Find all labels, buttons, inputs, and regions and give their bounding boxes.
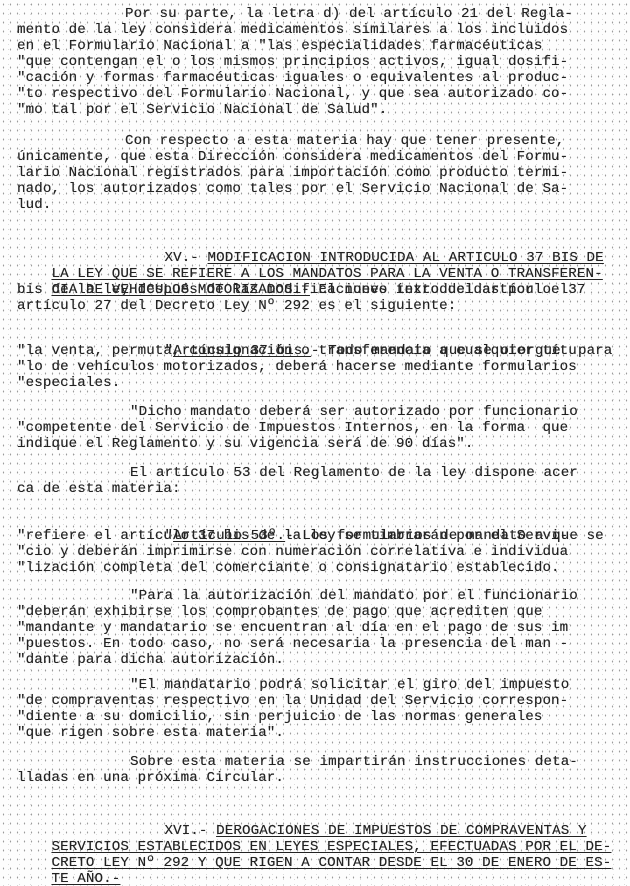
text-line: bis de la ley después de las modificacio… xyxy=(17,282,568,298)
section-heading-xvi: XVI.- DEROGACIONES DE IMPUESTOS DE COMPR… xyxy=(130,807,587,823)
section-heading-xv: CIA DE VEHICULOS MOTORIZADOS.- El nuevo … xyxy=(17,266,586,282)
text-line: "mandante y mandatario se encuentran al … xyxy=(17,620,568,636)
section-heading-xvi: CRETO LEY Nº 292 Y QUE RIGEN A CONTAR DE… xyxy=(17,839,611,855)
text-line: "de compraventas respectivo en la Unidad… xyxy=(17,693,568,709)
text-line: "lización completa del comerciante o con… xyxy=(17,560,560,576)
quoted-article-53: "Artículo 53º.- Los formularios de manda… xyxy=(130,512,604,528)
text-line: Por su parte, la letra d) del artículo 2… xyxy=(125,6,573,22)
text-line: en el Formulario Nacional a "las especia… xyxy=(17,38,542,54)
text-line: "dante para dicha autorización. xyxy=(17,652,284,668)
section-title: TE AÑO.- xyxy=(51,871,120,886)
section-heading-xvi: SERVICIOS ESTABLECIDOS EN LEYES ESPECIAL… xyxy=(17,823,611,839)
text-line: "Dicho mandato deberá ser autorizado por… xyxy=(130,404,578,420)
text-line: "deberán exhibirse los comprobantes de p… xyxy=(17,604,542,620)
text-line: indique el Reglamento y su vigencia será… xyxy=(17,436,474,452)
text-line: únicamente, que esta Dirección considera… xyxy=(17,149,568,165)
section-title: CRETO LEY Nº 292 Y QUE RIGEN A CONTAR DE… xyxy=(51,855,611,871)
quoted-article-37bis: "Artículo 37 bis.- Todo mandato que se o… xyxy=(130,327,612,343)
text-line: Con respecto a esta materia hay que tene… xyxy=(125,133,564,149)
text-line: lud. xyxy=(17,197,51,213)
text-line: mento de la ley considera medicamentos s… xyxy=(17,22,568,38)
text-line: nado, los autorizados como tales por el … xyxy=(17,181,568,197)
text-line: "to respectivo del Formulario Nacional, … xyxy=(17,86,568,102)
section-heading-xv: XV.- MODIFICACION INTRODUCIDA AL ARTICUL… xyxy=(130,234,604,250)
text-line: "competente del Servicio de Impuestos In… xyxy=(17,420,568,436)
text-line: "lo de vehículos motorizados, deberá hac… xyxy=(17,359,577,375)
text-line: lladas en una próxima Circular. xyxy=(17,770,284,786)
text-line: "la venta, permuta, consignación o trans… xyxy=(17,343,577,359)
text-line: "El mandatario podrá solicitar el giro d… xyxy=(130,677,569,693)
text-line: "especiales. xyxy=(17,375,120,391)
text-line: Sobre esta materia se impartirán instruc… xyxy=(130,754,578,770)
text-line: "que contengan el o los mismos principio… xyxy=(17,54,568,70)
text-line: "que rigen sobre esta materia". xyxy=(17,725,284,741)
text-line: "refiere el artículo 37 bis de la ley se… xyxy=(17,528,568,544)
text-line: artículo 27 del Decreto Ley Nº 292 es el… xyxy=(17,298,456,314)
text-line: "mo tal por el Servicio Nacional de Salu… xyxy=(17,102,387,118)
section-heading-xv: LA LEY QUE SE REFIERE A LOS MANDATOS PAR… xyxy=(17,250,603,266)
text-line: "diente a su domicilio, sin perjuicio de… xyxy=(17,709,542,725)
text-line: "puestos. En todo caso, no será necesari… xyxy=(17,636,568,652)
text-line: El artículo 53 del Reglamento de la ley … xyxy=(130,465,578,481)
text-line: "cación y formas farmacéuticas iguales o… xyxy=(17,70,568,86)
text-line: "Para la autorización del mandato por el… xyxy=(130,588,578,604)
text-line: "cio y deberán imprimirse con numeración… xyxy=(17,544,568,560)
text-line: ca de esta materia: xyxy=(17,481,181,497)
section-heading-xvi: TE AÑO.- xyxy=(17,855,120,871)
scanned-document-page: Por su parte, la letra d) del artículo 2… xyxy=(0,0,630,886)
text-line: lario Nacional registrados para importac… xyxy=(17,165,568,181)
